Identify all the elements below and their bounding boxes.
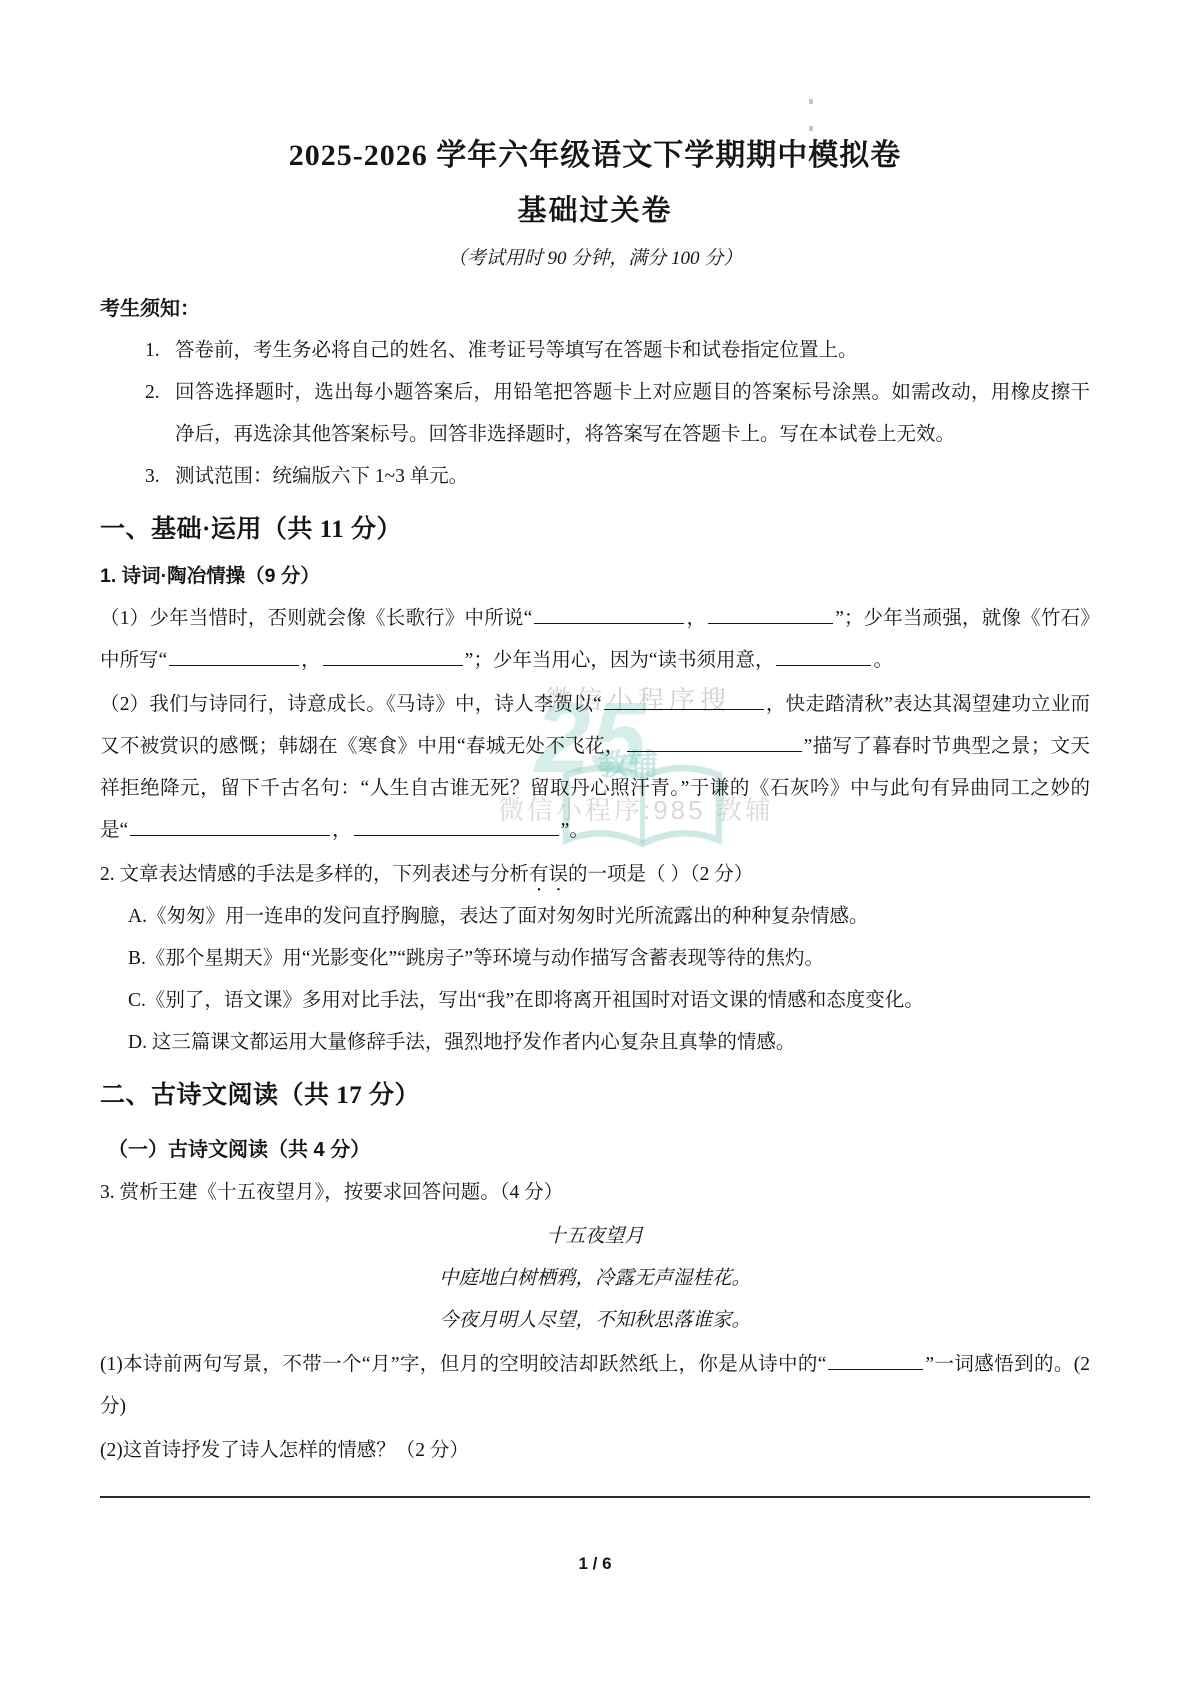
question-2-stem: 2. 文章表达情感的手法是多样的，下列表述与分析有误的一项是（ ）（2 分）	[100, 854, 1090, 896]
exam-paper-page: 微信小程序搜 25 教辅 微信小程序:985 教辅 2025-2026 学年六年…	[0, 0, 1190, 1683]
document-content: 2025-2026 学年六年级语文下学期期中模拟卷 基础过关卷 （考试用时 90…	[100, 0, 1090, 1472]
option-a: A.《匆匆》用一连串的发问直抒胸臆，表达了面对匆匆时光所流露出的种种复杂情感。	[100, 896, 1090, 938]
page-subtitle: 基础过关卷	[100, 192, 1090, 230]
text-run: ，	[301, 650, 321, 671]
poem-title: 十五夜望月	[100, 1216, 1090, 1258]
subsection-heading: （一）古诗文阅读（共 4 分）	[100, 1130, 1090, 1170]
notice-item-number: 1.	[145, 330, 175, 372]
poem-block: 十五夜望月 中庭地白树栖鸦，冷露无声湿桂花。 今夜月明人尽望，不知秋思落谁家。	[100, 1216, 1090, 1342]
answer-blank	[776, 645, 871, 666]
page-title: 2025-2026 学年六年级语文下学期期中模拟卷	[100, 136, 1090, 176]
text-run: (1)本诗前两句写景，不带一个“月”字，但月的空明皎洁却跃然纸上，你是从诗中的“	[100, 1354, 826, 1375]
question-3-sub-2: (2)这首诗抒发了诗人怎样的情感？（2 分）	[100, 1430, 1090, 1472]
section-2-heading: 二、古诗文阅读（共 17 分）	[100, 1074, 1090, 1118]
poem-line: 中庭地白树栖鸦，冷露无声湿桂花。	[100, 1258, 1090, 1300]
notice-item: 1. 答卷前，考生务必将自己的姓名、准考证号等填写在答题卡和试卷指定位置上。	[145, 330, 1090, 372]
answer-blank	[627, 731, 802, 752]
answer-blank	[708, 603, 833, 624]
notice-heading: 考生须知：	[100, 294, 1090, 324]
answer-blank	[169, 645, 299, 666]
poem-line: 今夜月明人尽望，不知秋思落谁家。	[100, 1300, 1090, 1342]
answer-blank	[130, 815, 330, 836]
text-run: ”。	[561, 820, 589, 841]
question-3-sub-1: (1)本诗前两句写景，不带一个“月”字，但月的空明皎洁却跃然纸上，你是从诗中的“…	[100, 1344, 1090, 1428]
answer-blank	[354, 815, 559, 836]
option-d: D. 这三篇课文都运用大量修辞手法，强烈地抒发作者内心复杂且真挚的情感。	[100, 1022, 1090, 1064]
text-run: ，	[686, 608, 706, 629]
page-number: 1 / 6	[0, 1554, 1190, 1574]
answer-blank	[828, 1349, 923, 1370]
text-run: ”；少年当用心，因为“读书须用意，	[465, 650, 775, 671]
section-1-heading: 一、基础·运用（共 11 分）	[100, 508, 1090, 552]
notice-item: 2. 回答选择题时，选出每小题答案后，用铅笔把答题卡上对应题目的答案标号涂黑。如…	[145, 372, 1090, 456]
notice-item-text: 测试范围：统编版六下 1~3 单元。	[175, 456, 1090, 498]
text-run: （1）少年当惜时，否则就会像《长歌行》中所说“	[100, 608, 532, 629]
notice-item-number: 2.	[145, 372, 175, 456]
option-c: C.《别了，语文课》多用对比手法，写出“我”在即将离开祖国时对语文课的情感和态度…	[100, 980, 1090, 1022]
emphasized-text: 有误	[529, 864, 568, 885]
notice-item-number: 3.	[145, 456, 175, 498]
text-run: ，	[332, 820, 352, 841]
question-1-part-1: （1）少年当惜时，否则就会像《长歌行》中所说“，”；少年当顽强，就像《竹石》中所…	[100, 598, 1090, 682]
exam-meta-line: （考试用时 90 分钟，满分 100 分）	[100, 246, 1090, 272]
question-3-stem: 3. 赏析王建《十五夜望月》，按要求回答问题。（4 分）	[100, 1172, 1090, 1214]
text-run: 的一项是（ ）（2 分）	[568, 864, 753, 885]
question-2-options: A.《匆匆》用一连串的发问直抒胸臆，表达了面对匆匆时光所流露出的种种复杂情感。 …	[100, 896, 1090, 1064]
text-run: （2）我们与诗同行，诗意成长。《马诗》中，诗人李贺以“	[100, 694, 602, 715]
notice-item-text: 回答选择题时，选出每小题答案后，用铅笔把答题卡上对应题目的答案标号涂黑。如需改动…	[175, 372, 1090, 456]
notice-item: 3. 测试范围：统编版六下 1~3 单元。	[145, 456, 1090, 498]
answer-blank	[323, 645, 463, 666]
notice-list: 1. 答卷前，考生务必将自己的姓名、准考证号等填写在答题卡和试卷指定位置上。 2…	[100, 330, 1090, 498]
text-run: 2. 文章表达情感的手法是多样的，下列表述与分析	[100, 864, 529, 885]
answer-blank	[604, 689, 764, 710]
question-1-part-2: （2）我们与诗同行，诗意成长。《马诗》中，诗人李贺以“，快走踏清秋”表达其渴望建…	[100, 684, 1090, 852]
answer-blank	[534, 603, 684, 624]
notice-item-text: 答卷前，考生务必将自己的姓名、准考证号等填写在答题卡和试卷指定位置上。	[175, 330, 1090, 372]
option-b: B.《那个星期天》用“光影变化”“跳房子”等环境与动作描写含蓄表现等待的焦灼。	[100, 938, 1090, 980]
footer-divider	[100, 1496, 1090, 1498]
text-run: 。	[873, 650, 893, 671]
question-1-heading: 1. 诗词·陶冶情操（9 分）	[100, 556, 1090, 596]
